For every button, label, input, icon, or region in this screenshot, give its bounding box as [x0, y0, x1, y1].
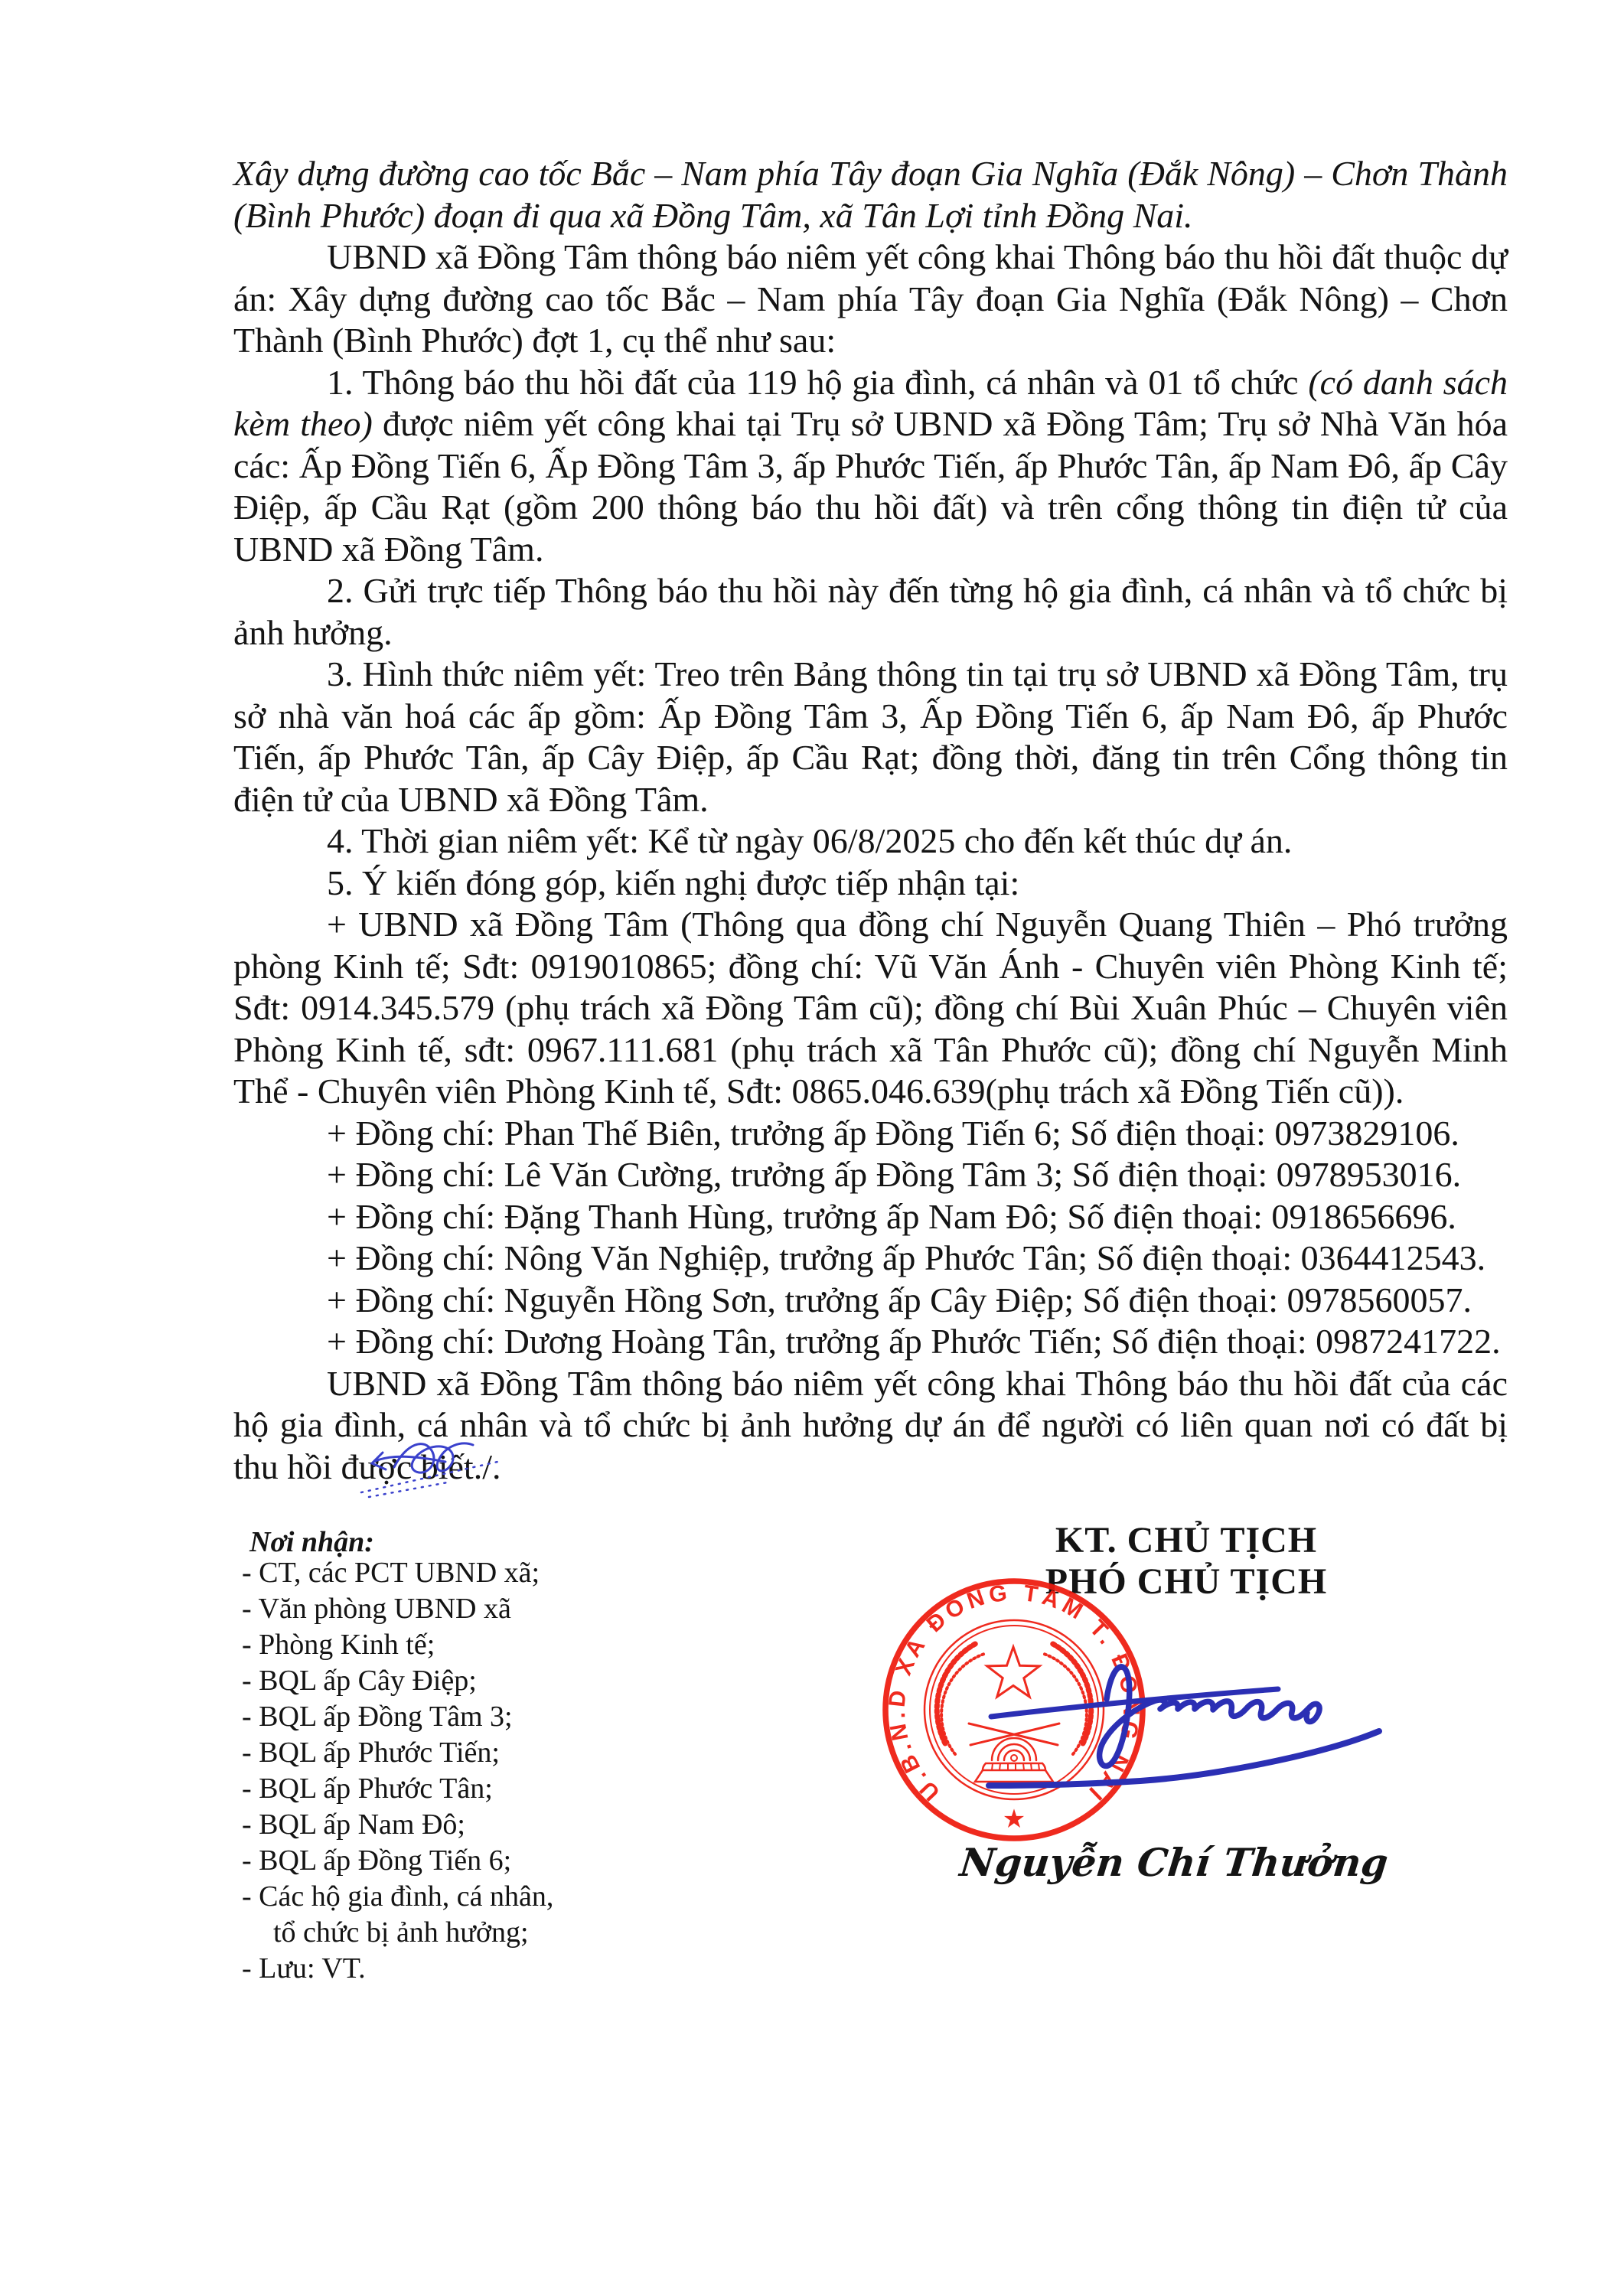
recipient-item: - BQL ấp Cây Điệp;: [242, 1663, 553, 1699]
text-run: UBND xã Đồng Tâm thông báo niêm yết công…: [233, 237, 1508, 360]
text-run: Xây dựng đường cao tốc Bắc – Nam phía Tâ…: [233, 154, 1508, 235]
text-run: được niêm yết công khai tại Trụ sở UBND …: [233, 404, 1508, 569]
text-run: + Đồng chí: Đặng Thanh Hùng, trưởng ấp N…: [327, 1197, 1456, 1236]
recipients-list: - CT, các PCT UBND xã;- Văn phòng UBND x…: [242, 1555, 553, 1987]
paraph-flourish: [360, 1425, 513, 1502]
body-paragraph: + Đồng chí: Nguyễn Hồng Sơn, trưởng ấp C…: [233, 1280, 1508, 1322]
recipient-item: - BQL ấp Nam Đô;: [242, 1807, 553, 1843]
body-paragraph: UBND xã Đồng Tâm thông báo niêm yết công…: [233, 236, 1508, 362]
text-run: 4. Thời gian niêm yết: Kể từ ngày 06/8/2…: [327, 821, 1292, 860]
seal-bottom-star: ★: [1003, 1805, 1026, 1834]
text-run: + Đồng chí: Phan Thế Biên, trưởng ấp Đồn…: [327, 1114, 1459, 1153]
text-run: + Đồng chí: Dương Hoàng Tân, trưởng ấp P…: [327, 1322, 1501, 1361]
recipient-item: - Phòng Kinh tế;: [242, 1627, 553, 1663]
signer-name: Nguyễn Chí Thưởng: [942, 1840, 1406, 1885]
body-paragraph: + Đồng chí: Lê Văn Cường, trưởng ấp Đồng…: [233, 1154, 1508, 1196]
recipient-item: - Văn phòng UBND xã: [242, 1591, 553, 1627]
body-paragraph: + Đồng chí: Nông Văn Nghiệp, trưởng ấp P…: [233, 1238, 1508, 1280]
body-paragraph: + Đồng chí: Phan Thế Biên, trưởng ấp Đồn…: [233, 1113, 1508, 1155]
body-paragraph: + UBND xã Đồng Tâm (Thông qua đồng chí N…: [233, 904, 1508, 1113]
recipient-item: - Các hộ gia đình, cá nhân,: [242, 1879, 553, 1915]
text-run: 5. Ý kiến đóng góp, kiến nghị được tiếp …: [327, 863, 1019, 902]
signature-word-stroke: [1100, 1667, 1320, 1766]
recipient-item: - CT, các PCT UBND xã;: [242, 1555, 553, 1591]
recipient-item: tổ chức bị ảnh hưởng;: [242, 1915, 553, 1951]
recipient-item: - BQL ấp Phước Tân;: [242, 1771, 553, 1807]
body-paragraph: + Đồng chí: Đặng Thanh Hùng, trưởng ấp N…: [233, 1196, 1508, 1238]
text-run: + Đồng chí: Nguyễn Hồng Sơn, trưởng ấp C…: [327, 1280, 1472, 1319]
body-paragraph: 5. Ý kiến đóng góp, kiến nghị được tiếp …: [233, 863, 1508, 905]
recipients-label: Nơi nhận:: [249, 1525, 374, 1559]
body-paragraph: 1. Thông báo thu hồi đất của 119 hộ gia …: [233, 362, 1508, 571]
body-paragraph: Xây dựng đường cao tốc Bắc – Nam phía Tâ…: [233, 153, 1508, 236]
text-run: + UBND xã Đồng Tâm (Thông qua đồng chí N…: [233, 905, 1508, 1110]
recipient-item: - BQL ấp Phước Tiến;: [242, 1735, 553, 1771]
body-paragraph: + Đồng chí: Dương Hoàng Tân, trưởng ấp P…: [233, 1321, 1508, 1363]
handwritten-signature: [964, 1630, 1393, 1799]
document-body: Xây dựng đường cao tốc Bắc – Nam phía Tâ…: [233, 153, 1508, 1488]
body-paragraph: 4. Thời gian niêm yết: Kể từ ngày 06/8/2…: [233, 820, 1508, 863]
signature-title-line1: KT. CHỦ TỊCH: [957, 1520, 1416, 1561]
signature-sweep-stroke: [989, 1731, 1379, 1786]
body-paragraph: 2. Gửi trực tiếp Thông báo thu hồi này đ…: [233, 570, 1508, 654]
text-run: 3. Hình thức niêm yết: Treo trên Bảng th…: [233, 654, 1508, 819]
text-run: 2. Gửi trực tiếp Thông báo thu hồi này đ…: [233, 571, 1508, 652]
recipient-item: - BQL ấp Đồng Tiến 6;: [242, 1843, 553, 1879]
text-run: + Đồng chí: Nông Văn Nghiệp, trưởng ấp P…: [327, 1238, 1485, 1277]
paraph-loops: [394, 1443, 473, 1473]
scanned-document-page: Xây dựng đường cao tốc Bắc – Nam phía Tâ…: [0, 0, 1624, 2296]
recipient-item: - BQL ấp Đồng Tâm 3;: [242, 1699, 553, 1735]
recipient-item: - Lưu: VT.: [242, 1951, 553, 1987]
text-run: + Đồng chí: Lê Văn Cường, trưởng ấp Đồng…: [327, 1155, 1461, 1194]
body-paragraph: 3. Hình thức niêm yết: Treo trên Bảng th…: [233, 654, 1508, 820]
text-run: 1. Thông báo thu hồi đất của 119 hộ gia …: [327, 363, 1308, 402]
